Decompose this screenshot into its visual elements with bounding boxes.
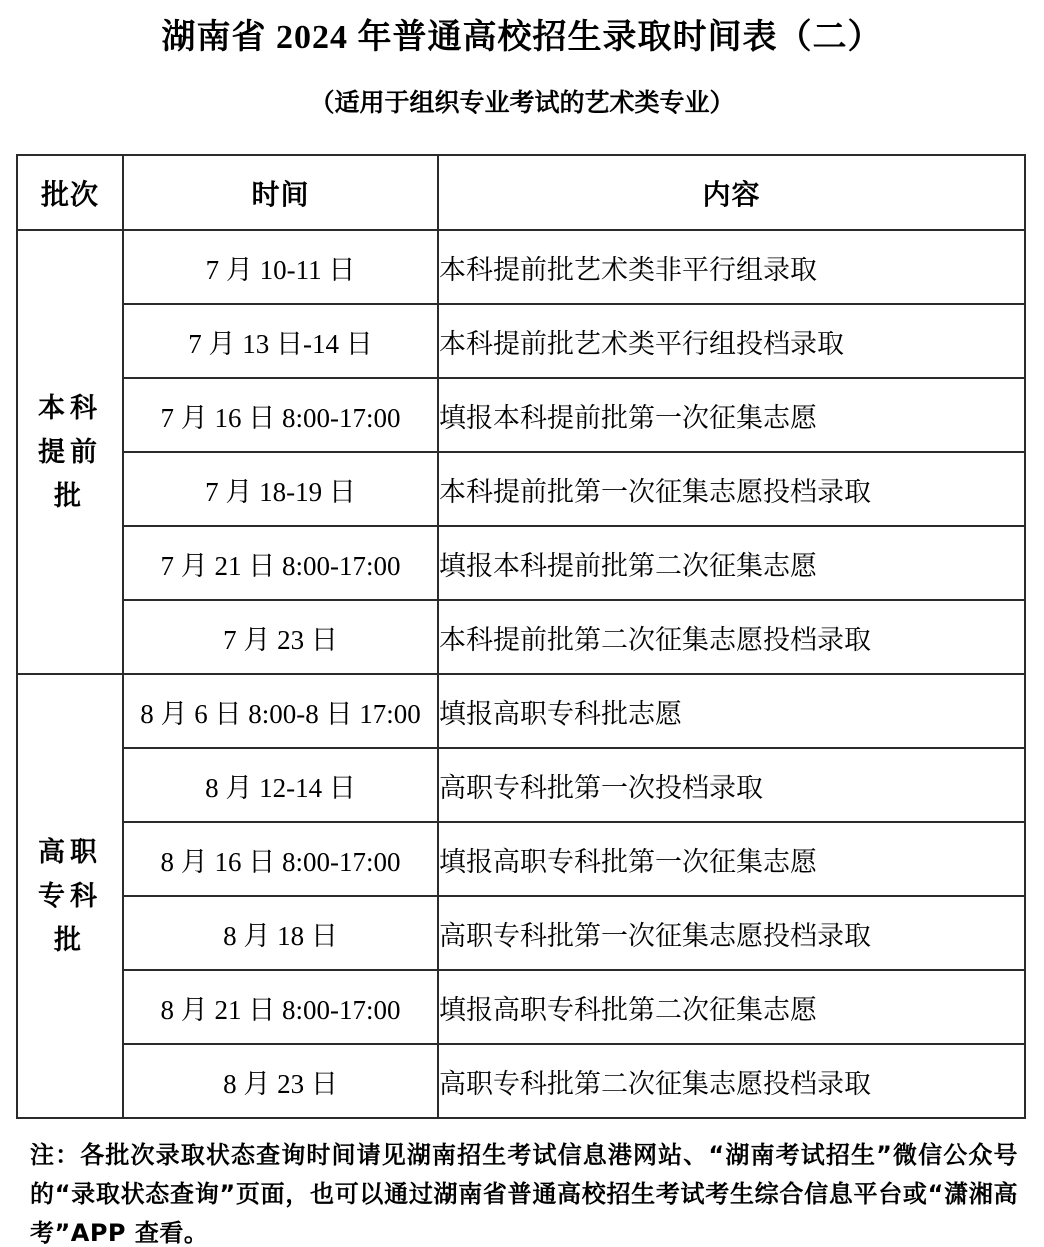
batch-label-line: 提前 xyxy=(18,430,122,474)
time-cell: 7 月 21 日 8:00-17:00 xyxy=(123,526,438,600)
content-cell: 填报本科提前批第二次征集志愿 xyxy=(438,526,1025,600)
admission-schedule-table: 批次 时间 内容 本科 提前 批 7 月 10-11 日 本科提前批艺术类非平行… xyxy=(16,154,1026,1119)
table-row: 7 月 21 日 8:00-17:00 填报本科提前批第二次征集志愿 xyxy=(17,526,1025,600)
header-content: 内容 xyxy=(438,155,1025,230)
table-row: 7 月 18-19 日 本科提前批第一次征集志愿投档录取 xyxy=(17,452,1025,526)
document-page: { "page": { "title": "湖南省 2024 年普通高校招生录取… xyxy=(0,0,1044,1247)
content-cell: 本科提前批第二次征集志愿投档录取 xyxy=(438,600,1025,674)
content-cell: 填报高职专科批志愿 xyxy=(438,674,1025,748)
header-batch: 批次 xyxy=(17,155,123,230)
batch-label-line: 高职 xyxy=(18,830,122,874)
footnote-text: 注：各批次录取状态查询时间请见湖南招生考试信息港网站、“湖南考试招生”微信公众号… xyxy=(30,1136,1018,1247)
batch-label-line: 批 xyxy=(18,918,122,962)
time-cell: 7 月 13 日-14 日 xyxy=(123,304,438,378)
table-row: 7 月 13 日-14 日 本科提前批艺术类平行组投档录取 xyxy=(17,304,1025,378)
header-time: 时间 xyxy=(123,155,438,230)
table-row: 8 月 23 日 高职专科批第二次征集志愿投档录取 xyxy=(17,1044,1025,1118)
table-row: 8 月 21 日 8:00-17:00 填报高职专科批第二次征集志愿 xyxy=(17,970,1025,1044)
table-row: 7 月 16 日 8:00-17:00 填报本科提前批第一次征集志愿 xyxy=(17,378,1025,452)
content-cell: 高职专科批第一次投档录取 xyxy=(438,748,1025,822)
table-row: 高职 专科 批 8 月 6 日 8:00-8 日 17:00 填报高职专科批志愿 xyxy=(17,674,1025,748)
content-cell: 填报高职专科批第一次征集志愿 xyxy=(438,822,1025,896)
time-cell: 8 月 6 日 8:00-8 日 17:00 xyxy=(123,674,438,748)
batch-label-line: 批 xyxy=(18,474,122,518)
content-cell: 高职专科批第二次征集志愿投档录取 xyxy=(438,1044,1025,1118)
content-cell: 本科提前批艺术类平行组投档录取 xyxy=(438,304,1025,378)
time-cell: 8 月 12-14 日 xyxy=(123,748,438,822)
table-row: 7 月 23 日 本科提前批第二次征集志愿投档录取 xyxy=(17,600,1025,674)
content-cell: 填报高职专科批第二次征集志愿 xyxy=(438,970,1025,1044)
batch-label-line: 专科 xyxy=(18,874,122,918)
time-cell: 7 月 10-11 日 xyxy=(123,230,438,304)
content-cell: 本科提前批第一次征集志愿投档录取 xyxy=(438,452,1025,526)
batch-label-undergraduate-advance: 本科 提前 批 xyxy=(17,230,123,674)
content-cell: 高职专科批第一次征集志愿投档录取 xyxy=(438,896,1025,970)
time-cell: 7 月 18-19 日 xyxy=(123,452,438,526)
table-header-row: 批次 时间 内容 xyxy=(17,155,1025,230)
page-title: 湖南省 2024 年普通高校招生录取时间表（二） xyxy=(0,0,1044,60)
time-cell: 7 月 16 日 8:00-17:00 xyxy=(123,378,438,452)
table-row: 8 月 18 日 高职专科批第一次征集志愿投档录取 xyxy=(17,896,1025,970)
batch-label-line: 本科 xyxy=(18,386,122,430)
table-row: 8 月 16 日 8:00-17:00 填报高职专科批第一次征集志愿 xyxy=(17,822,1025,896)
table-row: 8 月 12-14 日 高职专科批第一次投档录取 xyxy=(17,748,1025,822)
time-cell: 8 月 18 日 xyxy=(123,896,438,970)
content-cell: 填报本科提前批第一次征集志愿 xyxy=(438,378,1025,452)
time-cell: 7 月 23 日 xyxy=(123,600,438,674)
time-cell: 8 月 23 日 xyxy=(123,1044,438,1118)
table-row: 本科 提前 批 7 月 10-11 日 本科提前批艺术类非平行组录取 xyxy=(17,230,1025,304)
page-subtitle: （适用于组织专业考试的艺术类专业） xyxy=(0,87,1044,120)
time-cell: 8 月 21 日 8:00-17:00 xyxy=(123,970,438,1044)
time-cell: 8 月 16 日 8:00-17:00 xyxy=(123,822,438,896)
content-cell: 本科提前批艺术类非平行组录取 xyxy=(438,230,1025,304)
batch-label-vocational: 高职 专科 批 xyxy=(17,674,123,1118)
